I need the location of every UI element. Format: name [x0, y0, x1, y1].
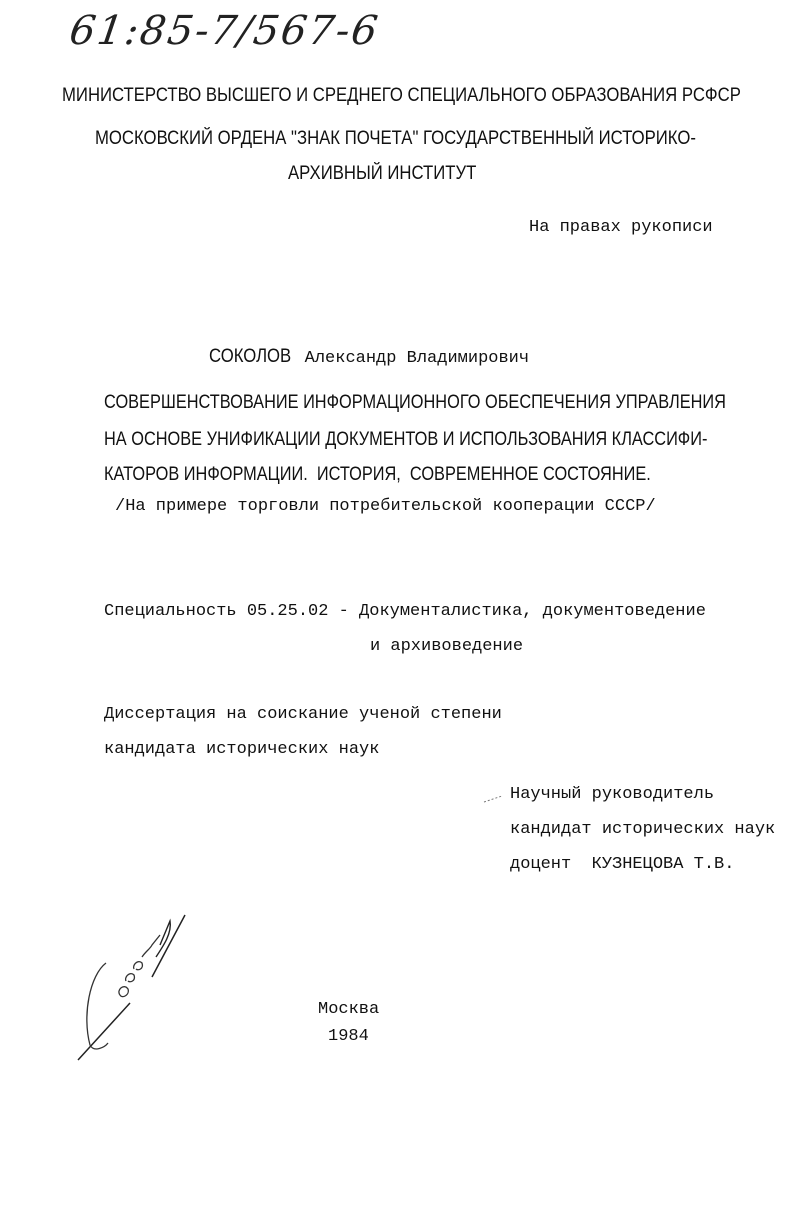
ministry-heading: МИНИСТЕРСТВО ВЫСШЕГО И СРЕДНЕГО СПЕЦИАЛЬ…: [62, 86, 741, 106]
author-surname: СОКОЛОВ: [209, 347, 291, 367]
city: Москва: [318, 1000, 379, 1020]
degree-line1: Диссертация на соискание ученой степени: [104, 705, 502, 725]
year: 1984: [328, 1027, 369, 1047]
pencil-mark: [482, 793, 504, 805]
thesis-subtitle: /На примере торговли потребительской коо…: [115, 497, 656, 517]
thesis-title-line2: НА ОСНОВЕ УНИФИКАЦИИ ДОКУМЕНТОВ И ИСПОЛЬ…: [104, 430, 707, 450]
author-name: СОКОЛОВ Александр Владимирович: [209, 347, 529, 369]
speciality-line2: и архивоведение: [370, 637, 523, 657]
institute-heading-line1: МОСКОВСКИЙ ОРДЕНА "ЗНАК ПОЧЕТА" ГОСУДАРС…: [95, 129, 696, 149]
author-signature: [60, 895, 200, 1070]
author-given-names: Александр Владимирович: [305, 349, 529, 368]
thesis-title-line3: КАТОРОВ ИНФОРМАЦИИ. ИСТОРИЯ, СОВРЕМЕННОЕ…: [104, 465, 651, 485]
institute-heading-line2: АРХИВНЫЙ ИНСТИТУТ: [288, 164, 476, 184]
degree-line2: кандидата исторических наук: [104, 740, 379, 760]
supervisor-line1: Научный руководитель: [510, 785, 714, 805]
archive-code-handwritten: 61:85-7/567-6: [67, 8, 382, 54]
supervisor-line2: кандидат исторических наук: [510, 820, 775, 840]
supervisor-line3: доцент КУЗНЕЦОВА Т.В.: [510, 855, 734, 875]
manuscript-note: На правах рукописи: [529, 218, 713, 238]
thesis-title-line1: СОВЕРШЕНСТВОВАНИЕ ИНФОРМАЦИОННОГО ОБЕСПЕ…: [104, 393, 726, 413]
speciality-line1: Специальность 05.25.02 - Документалистик…: [104, 602, 706, 622]
